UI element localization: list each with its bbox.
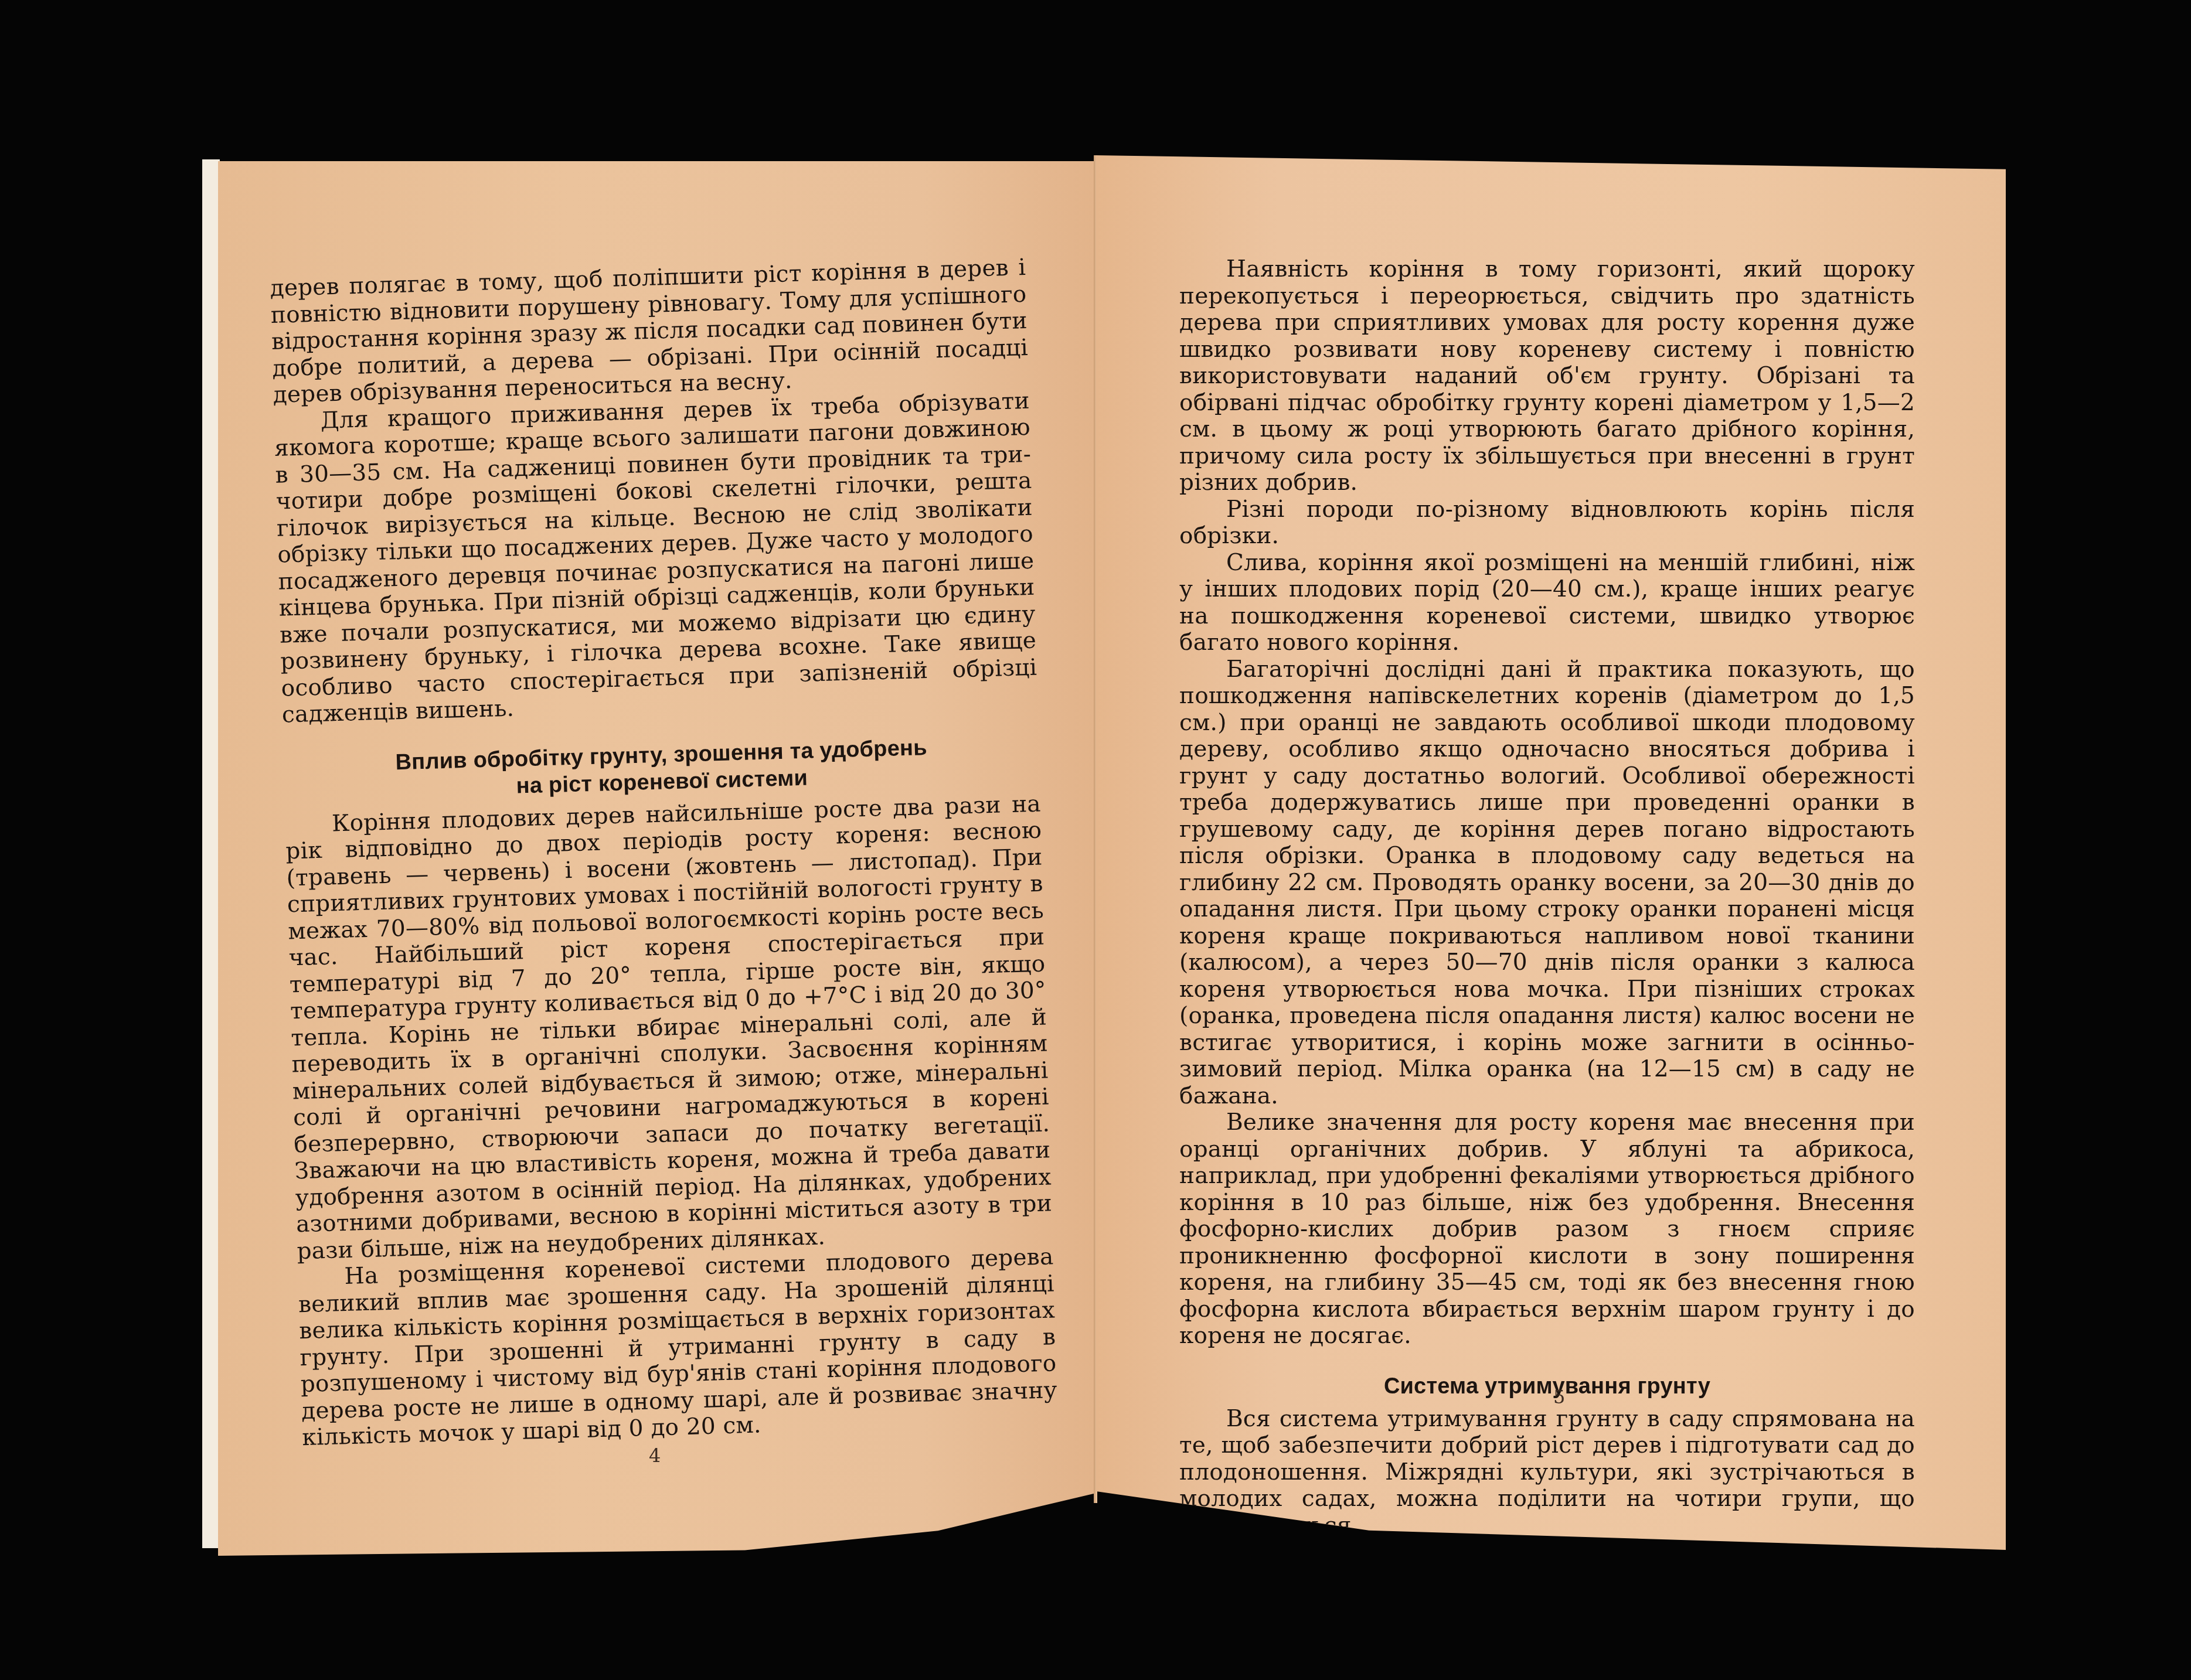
paragraph: Різні породи по-різному відновлюють корі… [1179, 496, 1915, 550]
page-number: 5 [1553, 1386, 1565, 1408]
paragraph: Велике значення для росту кореня має вне… [1179, 1109, 1915, 1350]
right-page-text: Наявність коріння в тому горизонті, який… [1179, 256, 1915, 1539]
paragraph: Багаторічні дослідні дані й практика пок… [1179, 656, 1915, 1110]
right-page: Наявність коріння в тому горизонті, який… [1096, 155, 2006, 1550]
paragraph: дерев полягає в тому, щоб поліпшити ріст… [270, 254, 1029, 408]
paragraph: Для кращого приживання дерев їх треба об… [273, 387, 1038, 728]
paragraph: На розміщення кореневої системи плодовог… [297, 1243, 1058, 1451]
left-page: дерев полягає в тому, щоб поліпшити ріст… [218, 161, 1096, 1556]
paragraph: Слива, коріння якої розміщені на меншій … [1179, 550, 1915, 656]
page-number: 4 [649, 1444, 661, 1467]
left-page-text: дерев полягає в тому, щоб поліпшити ріст… [270, 254, 1059, 1451]
paragraph: Коріння плодових дерев найсильніше росте… [285, 790, 1053, 1265]
open-booklet-spread: дерев полягає в тому, щоб поліпшити ріст… [0, 0, 2191, 1680]
section-heading: Система утримування грунту [1179, 1373, 1915, 1400]
page-edge [202, 159, 220, 1548]
paragraph: Наявність коріння в тому горизонті, який… [1179, 256, 1915, 496]
paragraph: Вся система утримування грунту в саду сп… [1179, 1406, 1915, 1539]
